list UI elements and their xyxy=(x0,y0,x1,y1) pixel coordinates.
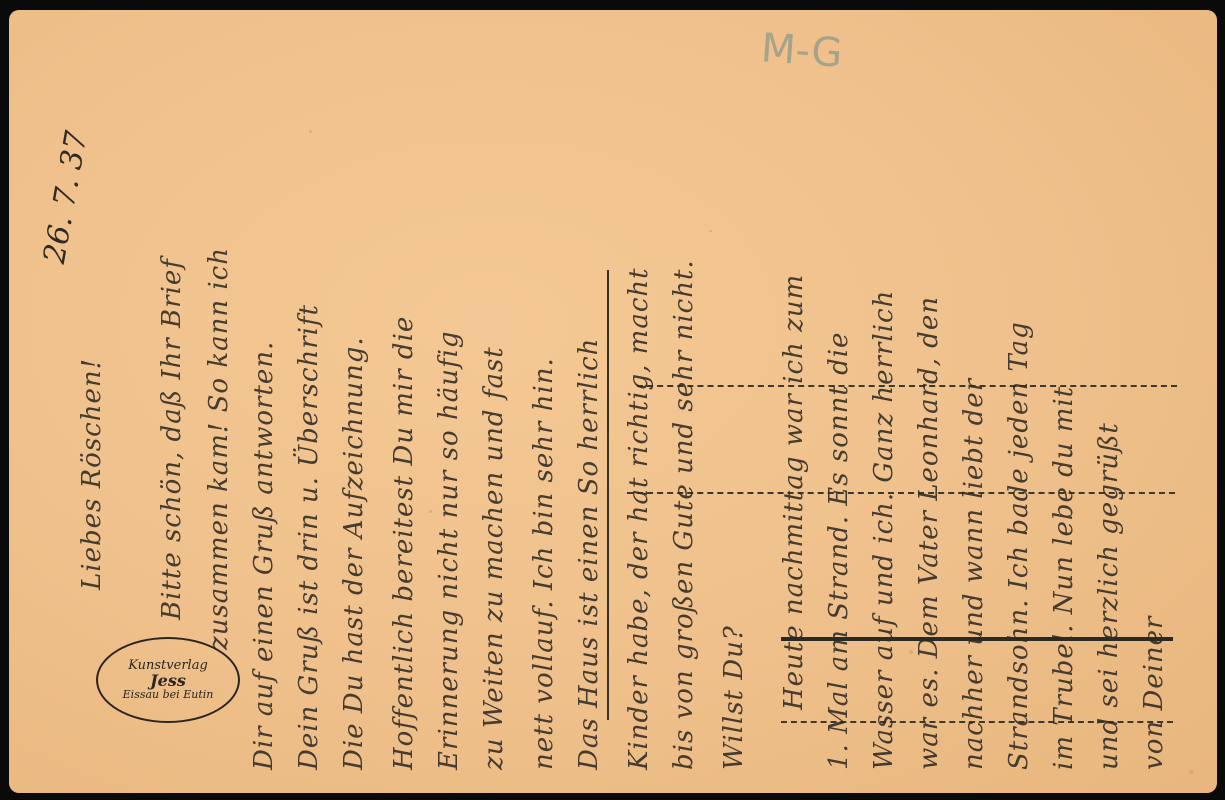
address-line-1 xyxy=(637,385,1177,387)
letter-line: Die Du hast der Aufzeichnung. xyxy=(339,336,369,770)
address-text-line: im Trubel. Nun lebe du mit xyxy=(1049,386,1079,770)
address-text-line: Strandsohn. Ich bade jeden Tag xyxy=(1004,321,1034,770)
address-text-line: Kinder habe, der hat richtig, macht xyxy=(624,267,654,770)
pencil-mark: M-G xyxy=(759,25,843,77)
postcard-back: 26. 7. 37 M-G Kunstverlag Jess Eissau be… xyxy=(9,10,1217,793)
letter-line: zu Weiten zu machen und fast xyxy=(479,346,509,770)
date-text: 26. 7. 37 xyxy=(37,128,95,266)
letter-line: nett vollauf. Ich bin sehr hin. xyxy=(529,357,559,770)
letter-line: Hoffentlich bereitest Du mir die xyxy=(389,316,419,770)
address-text-line: und sei herzlich gegrüßt xyxy=(1094,422,1124,770)
address-text-line: Wasser auf und ich. Ganz herrlich xyxy=(869,290,899,770)
letter-line: zusammen kam! So kann ich xyxy=(204,247,234,650)
address-text-line: Das Haus ist einen So herrlich xyxy=(574,338,604,770)
address-text-line: war es. Dem Vater Leonhard, den xyxy=(914,296,944,770)
address-text-line: bis von großen Gute und sehr nicht. xyxy=(669,259,699,770)
address-line-2 xyxy=(627,492,1175,494)
center-divider xyxy=(607,270,609,720)
letter-line: Dein Gruß ist drin u. Überschrift xyxy=(294,304,324,770)
address-text-line: nachher und wann liebt der xyxy=(959,378,989,770)
address-text-line: Heute nachmittag war ich zum xyxy=(779,274,809,710)
address-text-line: von Deiner xyxy=(1139,616,1169,770)
letter-line: Erinnerung nicht nur so häufig xyxy=(434,330,464,770)
letter-line: Dir auf einen Gruß antworten. xyxy=(249,341,279,770)
address-text-line: Willst Du? xyxy=(719,625,749,770)
letter-line: Bitte schön, daß Ihr Brief xyxy=(157,258,187,620)
address-text-line: 1. Mal am Strand. Es sonnt die xyxy=(824,332,854,770)
letter-line: Liebes Röschen! xyxy=(77,358,107,590)
